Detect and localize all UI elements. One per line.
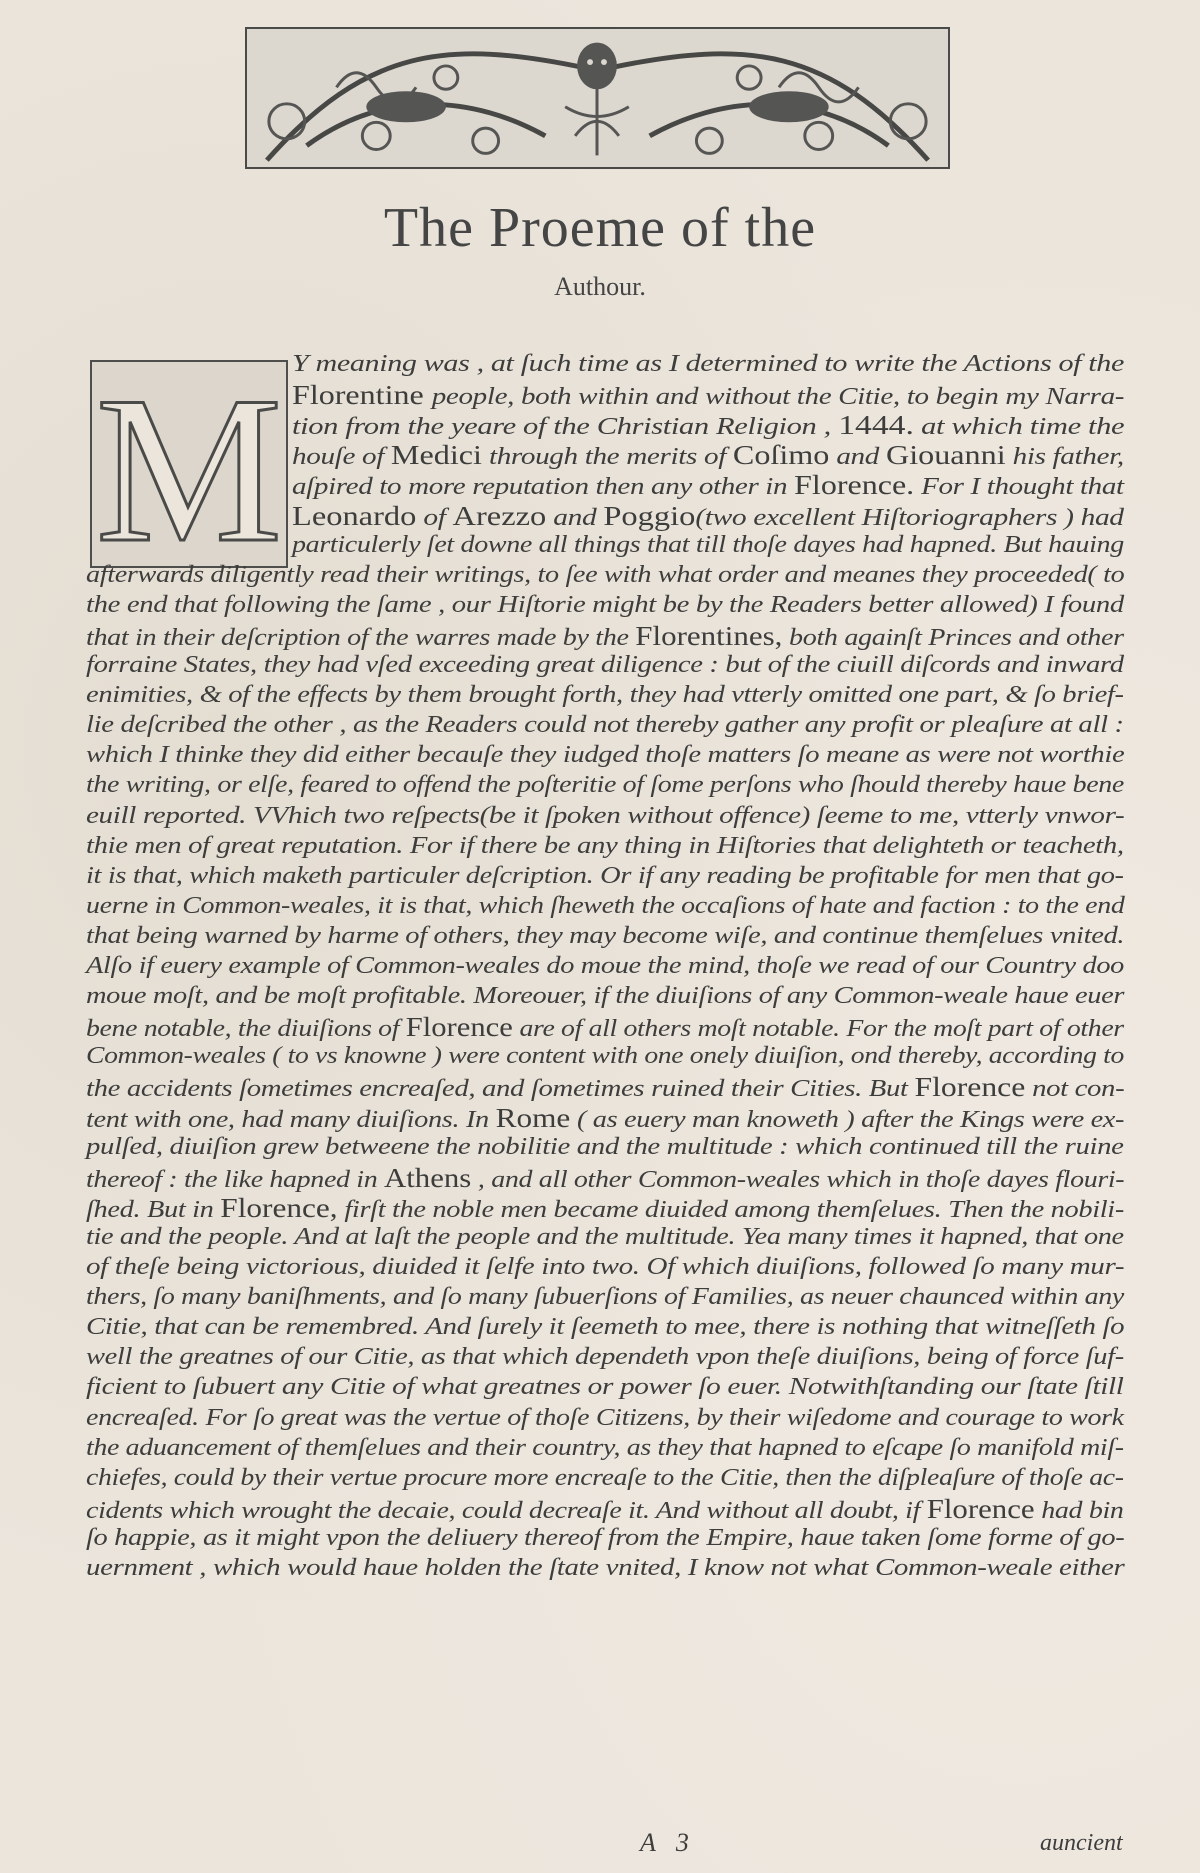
text-line: bene notable, the diuiſions of Florence …: [86, 1012, 1124, 1043]
text-run: both againſt Princes and other: [782, 624, 1123, 651]
text-line: uerne in Common-weales, it is that, whic…: [86, 892, 1124, 920]
proper-noun: Medici: [391, 440, 482, 470]
text-run: tie and the people. And at laſt the peop…: [86, 1223, 1124, 1250]
text-run: firſt the noble men became diuided among…: [338, 1196, 1124, 1223]
text-run: of: [416, 504, 452, 531]
text-run: the accidents ſometimes encreaſed, and ſ…: [86, 1075, 914, 1102]
text-run: encreaſed. For ſo great was the vertue o…: [86, 1404, 1124, 1431]
text-line: pulſed, diuiſion grew betweene the nobil…: [86, 1133, 1124, 1161]
text-line: of theſe being victorious, diuided it ſe…: [86, 1253, 1124, 1281]
proper-noun: Florentines,: [635, 621, 782, 651]
text-line: ſo happie, as it might vpon the deliuery…: [86, 1524, 1124, 1552]
text-line: tion from the yeare of the Christian Rel…: [292, 410, 1124, 441]
proper-noun: Giouanni: [886, 440, 1006, 470]
text-run: ſhed. But in: [86, 1196, 220, 1223]
book-page: The Proeme of the Authour. M Y meaning w…: [0, 0, 1200, 1873]
text-run: well the greatnes of our Citie, as that …: [86, 1343, 1124, 1370]
text-run: thers, ſo many baniſhments, and ſo many …: [86, 1283, 1124, 1310]
text-line: euill reported. VVhich two reſpects(be i…: [86, 802, 1124, 830]
text-run: moue moſt, and be moſt profitable. Moreo…: [86, 982, 1124, 1009]
text-run: at which time the: [914, 413, 1124, 440]
text-line: afterwards diligently read their writing…: [86, 561, 1124, 589]
text-run: Citie, that can be remembred. And ſurely…: [86, 1313, 1124, 1340]
text-run: ſo happie, as it might vpon the deliuery…: [86, 1524, 1124, 1551]
text-run: are of all others moſt notable. For the …: [513, 1015, 1124, 1042]
text-run: enimities, & of the effects by them brou…: [86, 681, 1124, 708]
text-run: lie deſcribed the other , as the Readers…: [86, 711, 1124, 738]
text-line: particulerly ſet downe all things that t…: [292, 531, 1124, 559]
proper-noun: Coſimo: [733, 440, 829, 470]
text-line: the aduancement of themſelues and their …: [86, 1434, 1124, 1462]
text-run: uerne in Common-weales, it is that, whic…: [86, 892, 1124, 919]
text-line: the writing, or elſe, feared to offend t…: [86, 771, 1124, 799]
chapter-subtitle: Authour.: [0, 272, 1200, 302]
text-line: thers, ſo many baniſhments, and ſo many …: [86, 1283, 1124, 1311]
proper-noun: Athens: [384, 1163, 471, 1193]
text-run: the writing, or elſe, feared to offend t…: [86, 771, 1124, 798]
text-line: aſpired to more reputation then any othe…: [292, 470, 1124, 501]
text-run: and: [829, 443, 886, 470]
text-line: tie and the people. And at laſt the peop…: [86, 1223, 1124, 1251]
text-run: the end that following the ſame , our Hi…: [86, 591, 1124, 618]
proper-noun: Florence: [406, 1012, 513, 1042]
text-line: tent with one, had many diuiſions. In Ro…: [86, 1103, 1124, 1134]
text-run: , and all other Common-weales which in t…: [471, 1166, 1124, 1193]
text-run: tion from the yeare of the Christian Rel…: [292, 413, 838, 440]
text-run: cidents which wrought the decaie, could …: [86, 1497, 927, 1524]
text-run: had bin: [1035, 1497, 1124, 1524]
text-run: afterwards diligently read their writing…: [86, 561, 1124, 588]
text-line: chiefes, could by their vertue procure m…: [86, 1464, 1124, 1492]
text-line: Citie, that can be remembred. And ſurely…: [86, 1313, 1124, 1341]
text-run: through the merits of: [482, 443, 733, 470]
text-line: well the greatnes of our Citie, as that …: [86, 1343, 1124, 1371]
text-line: Florentine people, both within and witho…: [292, 380, 1124, 411]
text-run: bene notable, the diuiſions of: [86, 1015, 406, 1042]
text-run: people, both within and without the Citi…: [432, 383, 1124, 410]
text-run: (two excellent Hiſtoriographers ) had: [695, 504, 1123, 531]
text-line: Common-weales ( to vs knowne ) were cont…: [86, 1042, 1124, 1070]
text-line: that being warned by harme of others, th…: [86, 922, 1124, 950]
text-line: that in their deſcription of the warres …: [86, 621, 1124, 652]
text-line: encreaſed. For ſo great was the vertue o…: [86, 1404, 1124, 1432]
text-line: uernment , which would haue holden the ſ…: [86, 1554, 1124, 1582]
text-run: that being warned by harme of others, th…: [86, 922, 1124, 949]
ornamental-headpiece-icon: [245, 27, 950, 169]
text-run: and: [546, 504, 603, 531]
text-run: aſpired to more reputation then any othe…: [292, 473, 794, 500]
text-line: the end that following the ſame , our Hi…: [86, 591, 1124, 619]
text-run: Y meaning was , at ſuch time as I determ…: [292, 350, 1124, 377]
text-run: ficient to ſubuert any Citie of what gre…: [86, 1373, 1124, 1400]
text-run: tent with one, had many diuiſions. In: [86, 1106, 496, 1133]
text-run: of theſe being victorious, diuided it ſe…: [86, 1253, 1124, 1280]
text-run: Alſo if euery example of Common-weales d…: [86, 952, 1124, 979]
proper-noun: Florence: [914, 1072, 1025, 1102]
text-line: moue moſt, and be moſt profitable. Moreo…: [86, 982, 1124, 1010]
text-run: particulerly ſet downe all things that t…: [292, 531, 1124, 558]
text-run: For I thought that: [914, 473, 1124, 500]
signature-mark: A 3: [640, 1828, 689, 1858]
text-run: euill reported. VVhich two reſpects(be i…: [86, 802, 1124, 829]
text-run: the aduancement of themſelues and their …: [86, 1434, 1124, 1461]
text-run: that in their deſcription of the warres …: [86, 624, 635, 651]
decorated-initial-icon: M: [90, 360, 288, 568]
proper-noun: Florence.: [794, 470, 914, 500]
text-run: forraine States, they had vſed exceeding…: [86, 651, 1124, 678]
text-line: Y meaning was , at ſuch time as I determ…: [292, 350, 1124, 378]
proper-noun: Rome: [496, 1103, 571, 1133]
text-run: thereof : the like hapned in: [86, 1166, 384, 1193]
text-line: it is that, which maketh particuler deſc…: [86, 862, 1124, 890]
text-line: ficient to ſubuert any Citie of what gre…: [86, 1373, 1124, 1401]
text-run: thie men of great reputation. For if the…: [86, 832, 1124, 859]
text-line: Leonardo of Arezzo and Poggio(two excell…: [292, 501, 1124, 532]
text-run: it is that, which maketh particuler deſc…: [86, 862, 1124, 889]
proper-noun: Poggio: [603, 501, 695, 531]
proper-noun: Arezzo: [453, 501, 547, 531]
text-line: cidents which wrought the decaie, could …: [86, 1494, 1124, 1525]
proper-noun: Leonardo: [292, 501, 416, 531]
text-line: the accidents ſometimes encreaſed, and ſ…: [86, 1072, 1124, 1103]
text-line: houſe of Medici through the merits of Co…: [292, 440, 1124, 471]
text-line: lie deſcribed the other , as the Readers…: [86, 711, 1124, 739]
text-run: not con-: [1025, 1075, 1124, 1102]
text-run: uernment , which would haue holden the ſ…: [86, 1554, 1124, 1581]
chapter-title: The Proeme of the: [0, 196, 1200, 260]
proper-noun: 1444.: [838, 410, 914, 440]
text-run: his father,: [1006, 443, 1124, 470]
text-run: houſe of: [292, 443, 391, 470]
dropcap-letter: M: [96, 365, 283, 575]
text-line: ſhed. But in Florence, firſt the noble m…: [86, 1193, 1124, 1224]
text-run: ( as euery man knoweth ) after the Kings…: [570, 1106, 1124, 1133]
text-line: thereof : the like hapned in Athens , an…: [86, 1163, 1124, 1194]
text-line: which I thinke they did either becauſe t…: [86, 741, 1124, 769]
text-line: enimities, & of the effects by them brou…: [86, 681, 1124, 709]
text-run: pulſed, diuiſion grew betweene the nobil…: [86, 1133, 1124, 1160]
text-run: Common-weales ( to vs knowne ) were cont…: [86, 1042, 1124, 1069]
text-run: which I thinke they did either becauſe t…: [86, 741, 1124, 768]
text-line: Alſo if euery example of Common-weales d…: [86, 952, 1124, 980]
catchword: auncient: [1040, 1830, 1123, 1857]
proper-noun: Florence,: [220, 1193, 337, 1223]
text-run: chiefes, could by their vertue procure m…: [86, 1464, 1124, 1491]
proper-noun: Florence: [927, 1494, 1035, 1524]
text-line: forraine States, they had vſed exceeding…: [86, 651, 1124, 679]
text-line: thie men of great reputation. For if the…: [86, 832, 1124, 860]
proper-noun: Florentine: [292, 380, 432, 410]
